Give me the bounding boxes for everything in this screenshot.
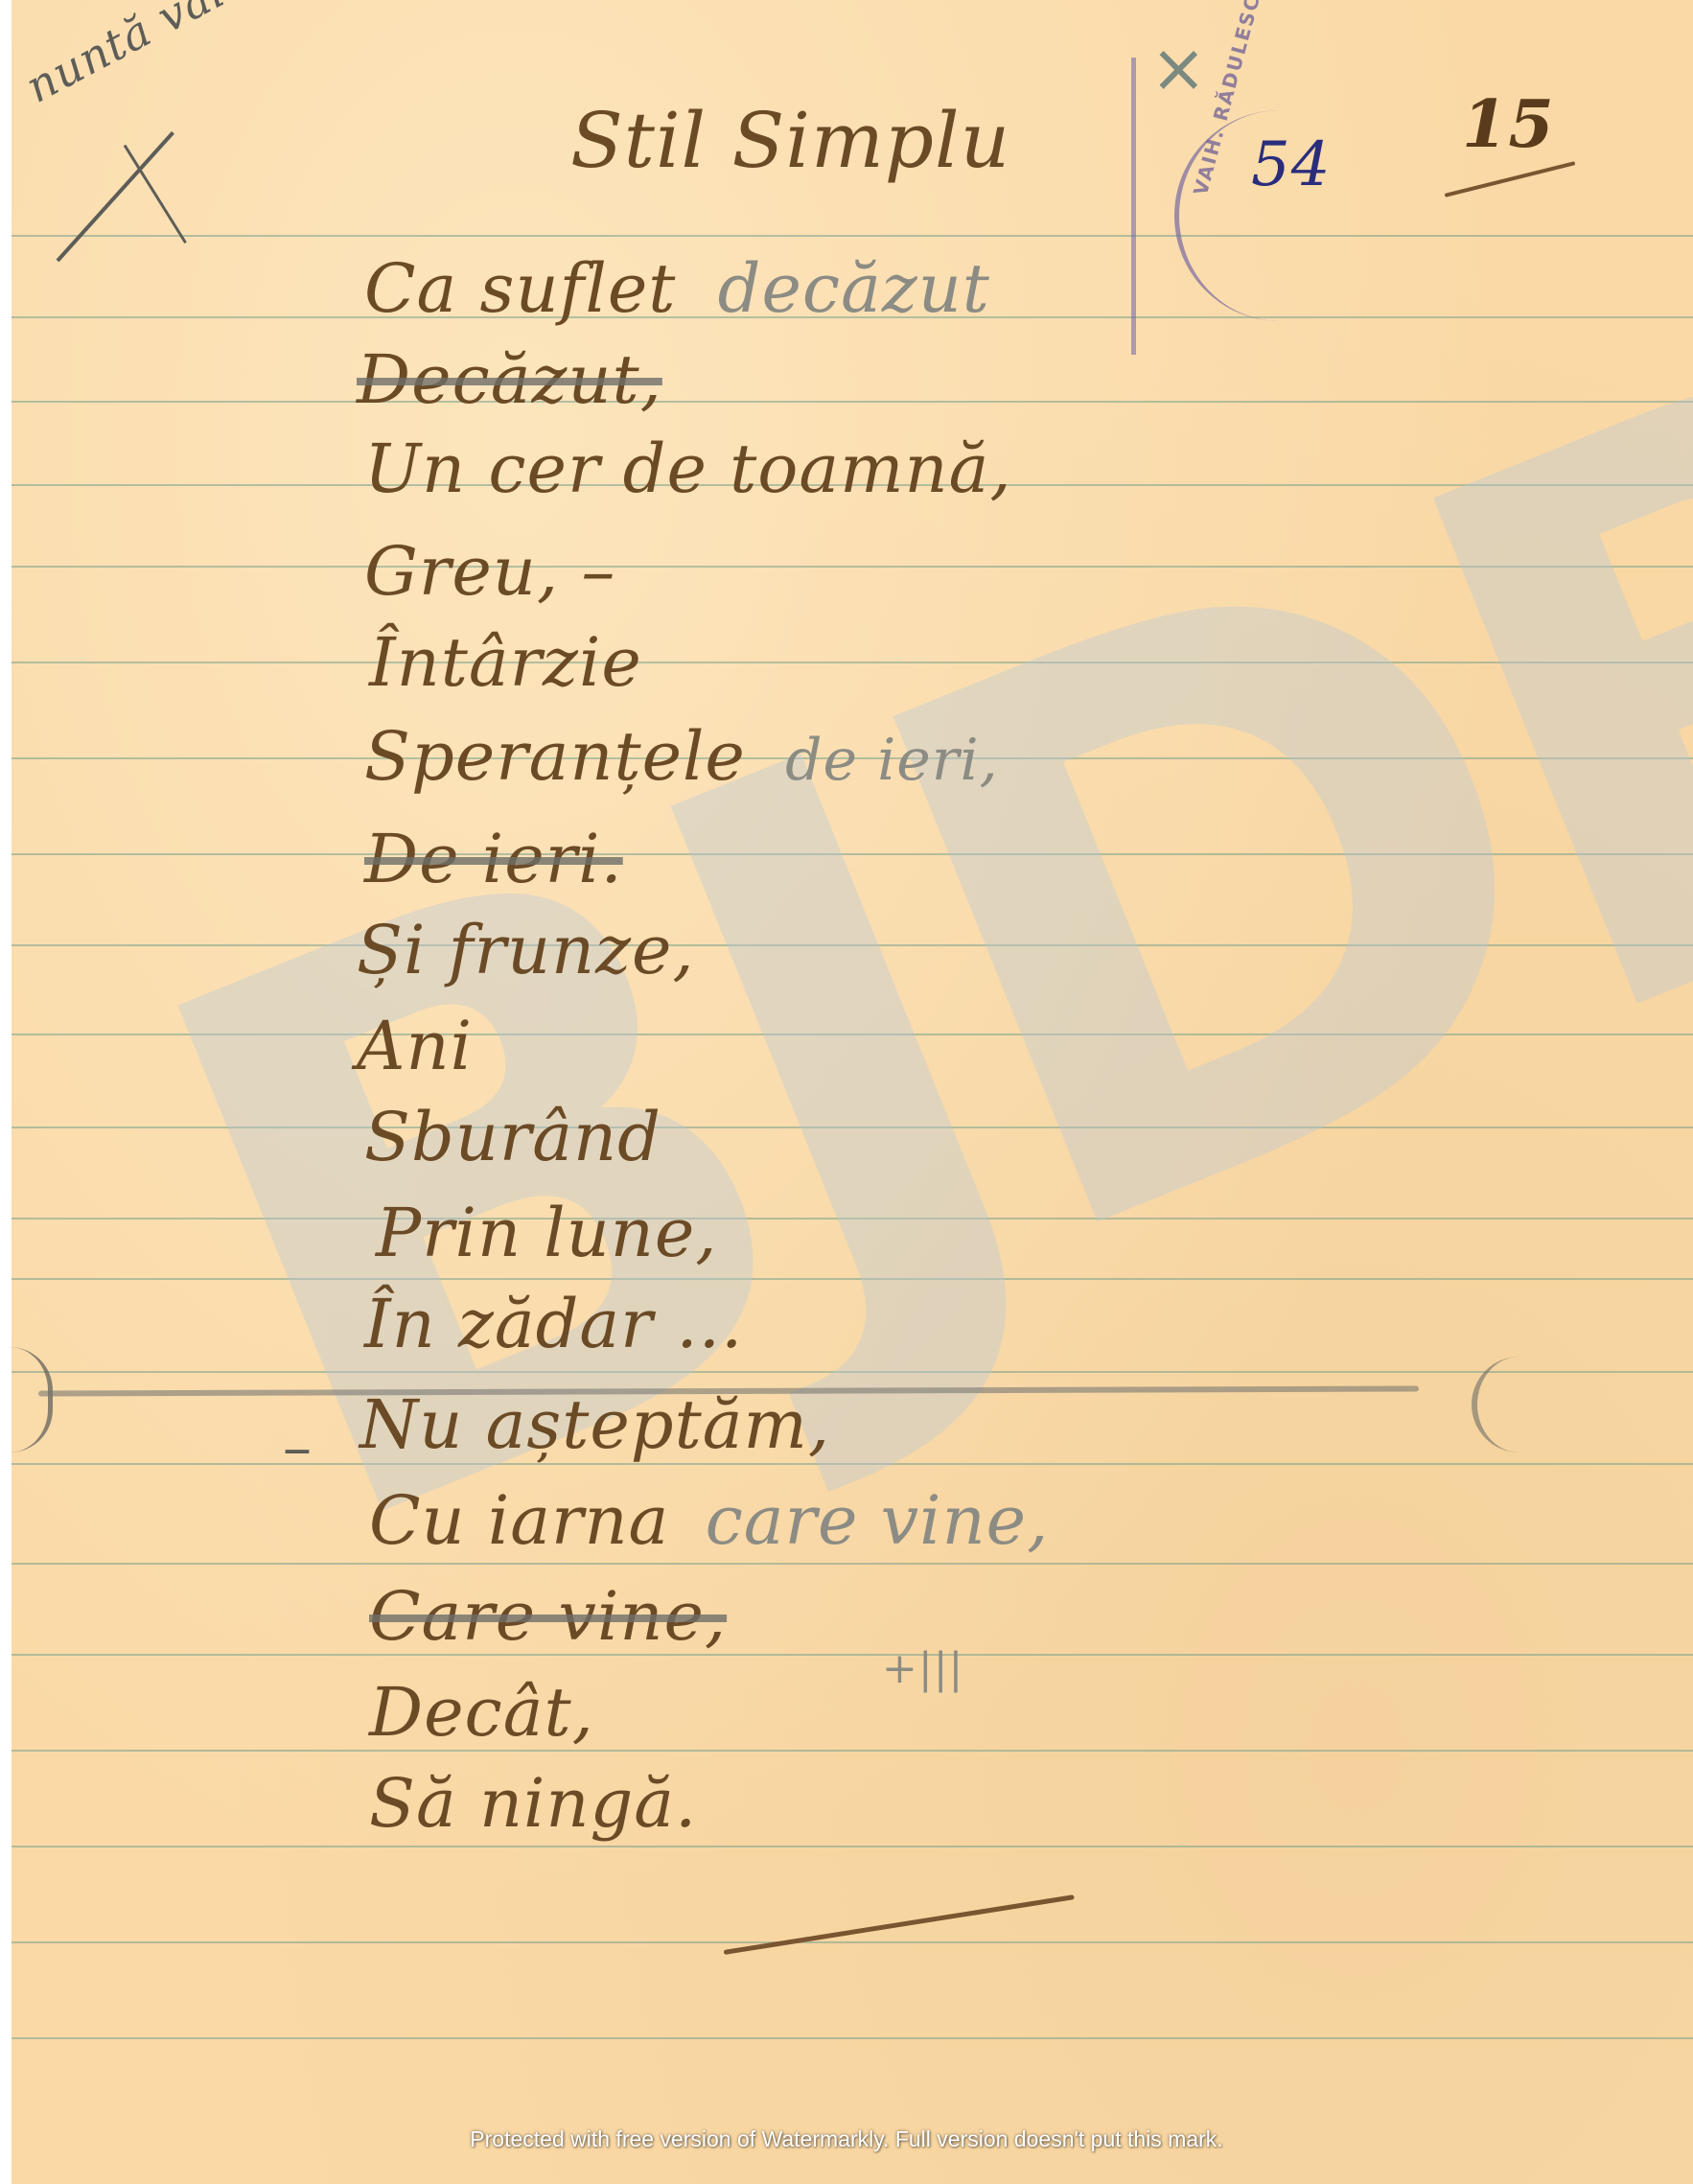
ruled-line [12, 235, 1693, 237]
ruled-line [12, 1654, 1693, 1656]
line-text: Cu iarna [369, 1481, 669, 1560]
folio-number: 15 [1462, 86, 1555, 163]
poem-line: Să ningă. [369, 1764, 697, 1843]
ruled-line [12, 1278, 1693, 1280]
ruled-line [12, 1371, 1693, 1373]
poem-line: Decât, [369, 1673, 594, 1752]
ruled-line [12, 853, 1693, 855]
ruled-line [12, 2037, 1693, 2039]
poem-line: Speranțele de ieri, [364, 717, 999, 796]
poem-line: Ca suflet decăzut [364, 249, 990, 328]
watermarkly-notice: Protected with free version of Watermark… [0, 2126, 1693, 2152]
line-text: Ca suflet [364, 249, 676, 328]
ruled-line [12, 1034, 1693, 1035]
ruled-line [12, 1218, 1693, 1220]
poem-line-struck: De ieri. [364, 820, 623, 898]
poem-line: Și frunze, [357, 911, 695, 989]
ruled-line [12, 1846, 1693, 1847]
ruled-line [12, 1563, 1693, 1565]
ruled-line [12, 1463, 1693, 1465]
ruled-line [12, 1127, 1693, 1128]
poem-line-struck: Care vine, [369, 1577, 727, 1656]
pencil-addition: de ieri, [785, 727, 999, 794]
ruled-line [12, 566, 1693, 568]
line-text: Speranțele [364, 717, 746, 796]
x-mark-icon: × [1150, 29, 1207, 107]
ruled-line [12, 662, 1693, 663]
poem-line: Un cer de toamnă, [364, 430, 1012, 508]
ruled-line [12, 401, 1693, 403]
poem-line: Prin lune, [376, 1194, 718, 1272]
poem-line: Întârzie [369, 623, 642, 702]
pencil-addition: decăzut [718, 249, 990, 328]
pencil-addition: care vine, [706, 1481, 1050, 1560]
tally-mark: +||| [882, 1644, 963, 1693]
dash-mark: – [283, 1414, 313, 1481]
poem-line: Nu așteptăm, [359, 1385, 830, 1464]
poem-line: În zădar … [364, 1285, 744, 1363]
poem-line: Sburând [364, 1098, 661, 1176]
ruled-line [12, 944, 1693, 946]
ruled-line [12, 1750, 1693, 1752]
poem-line: Ani [357, 1007, 473, 1085]
ruled-line [12, 1941, 1693, 1943]
poem-line-struck: Decăzut, [357, 340, 662, 419]
poem-line: Cu iarna care vine, [369, 1481, 1049, 1560]
poem-line: Greu, – [364, 532, 615, 611]
archive-number: 54 [1251, 129, 1331, 200]
stamp-bar [1131, 58, 1136, 355]
poem-title: Stil Simplu [570, 96, 1010, 185]
